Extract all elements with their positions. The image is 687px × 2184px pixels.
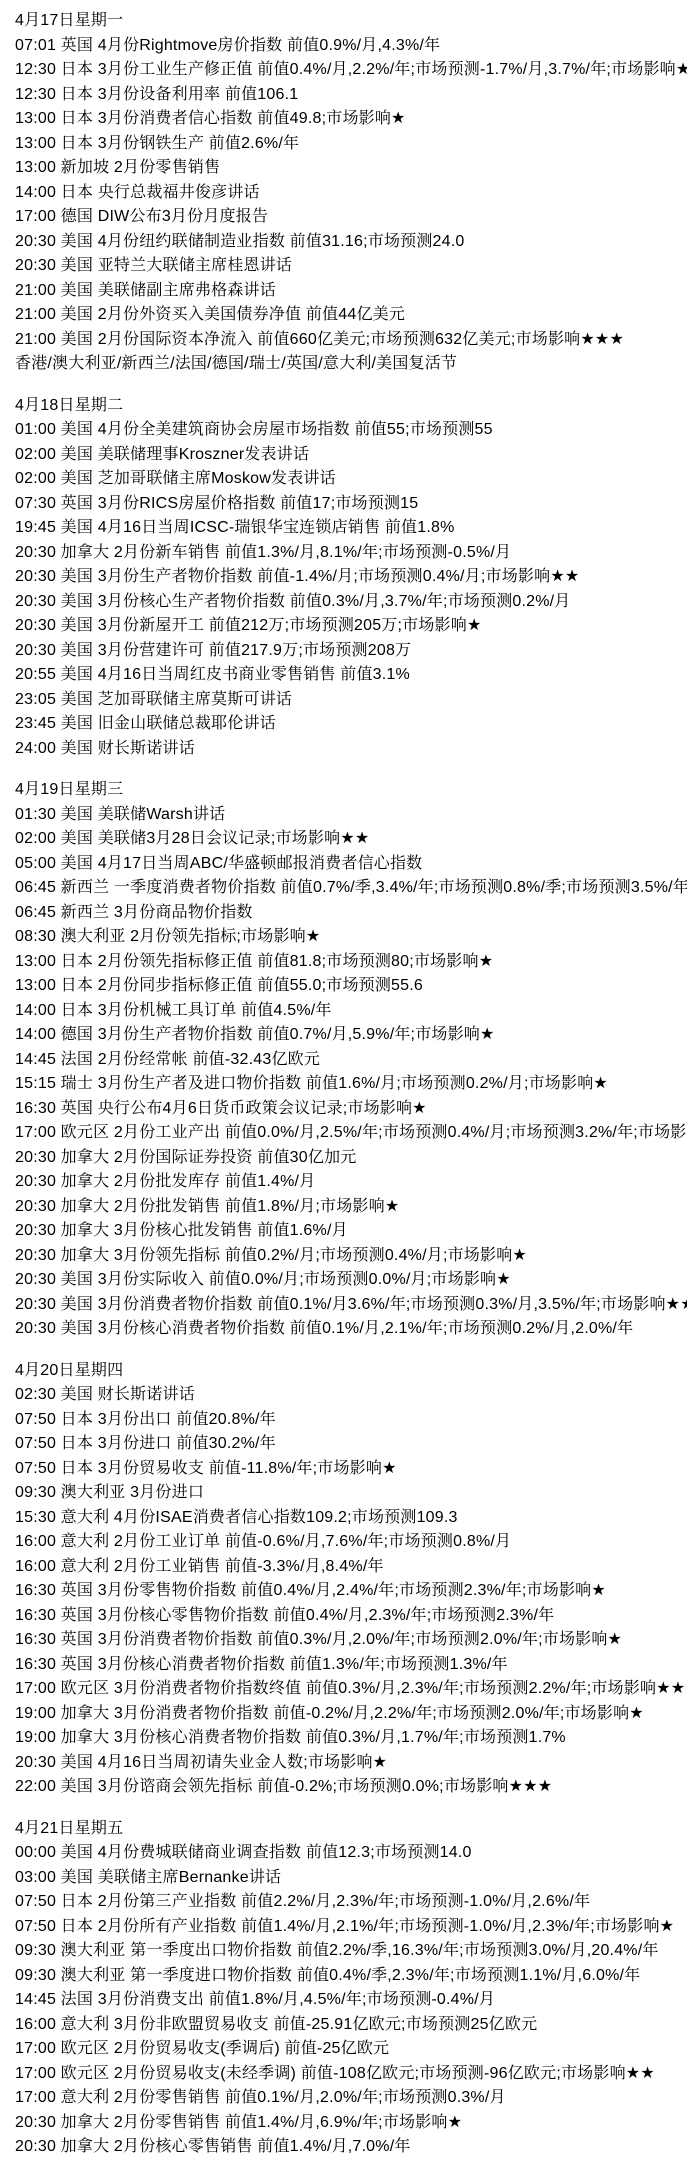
event-row: 20:30 加拿大 2月份国际证券投资 前值30亿加元: [15, 1146, 687, 1171]
event-row: 07:50 日本 2月份第三产业指数 前值2.2%/月,2.3%/年;市场预测-…: [15, 1890, 687, 1915]
event-row: 20:30 美国 4月16日当周初请失业金人数;市场影响★: [15, 1751, 687, 1776]
event-row: 20:30 美国 3月份核心消费者物价指数 前值0.1%/月,2.1%/年;市场…: [15, 1317, 687, 1342]
event-row: 07:50 日本 3月份出口 前值20.8%/年: [15, 1408, 687, 1433]
event-row: 07:30 英国 3月份RICS房屋价格指数 前值17;市场预测15: [15, 492, 687, 517]
event-row: 20:30 美国 亚特兰大联储主席桂恩讲话: [15, 254, 687, 279]
event-row: 19:00 加拿大 3月份消费者物价指数 前值-0.2%/月,2.2%/年;市场…: [15, 1702, 687, 1727]
event-row: 13:00 日本 3月份钢铁生产 前值2.6%/年: [15, 132, 687, 157]
event-row: 09:30 澳大利亚 第一季度出口物价指数 前值2.2%/季,16.3%/年;市…: [15, 1939, 687, 1964]
event-row: 12:30 日本 3月份设备利用率 前值106.1: [15, 83, 687, 108]
event-row: 20:30 加拿大 2月份零售销售 前值1.4%/月,6.9%/年;市场影响★: [15, 2111, 687, 2136]
calendar-day-section: 4月19日星期三01:30 美国 美联储Warsh讲话02:00 美国 美联储3…: [15, 778, 687, 1342]
event-row: 16:30 英国 3月份核心消费者物价指数 前值1.3%/年;市场预测1.3%/…: [15, 1653, 687, 1678]
date-header: 4月19日星期三: [15, 778, 687, 803]
event-row: 06:45 新西兰 3月份商品物价指数: [15, 901, 687, 926]
event-row: 16:00 意大利 2月份工业订单 前值-0.6%/月,7.6%/年;市场预测0…: [15, 1530, 687, 1555]
event-row: 21:00 美国 2月份外资买入美国债券净值 前值44亿美元: [15, 303, 687, 328]
event-row: 21:00 美国 美联储副主席弗格森讲话: [15, 279, 687, 304]
date-header: 4月18日星期二: [15, 394, 687, 419]
event-row: 00:00 美国 4月份费城联储商业调查指数 前值12.3;市场预测14.0: [15, 1841, 687, 1866]
event-row: 16:30 英国 3月份核心零售物价指数 前值0.4%/月,2.3%/年;市场预…: [15, 1604, 687, 1629]
economic-calendar: 4月17日星期一07:01 英国 4月份Rightmove房价指数 前值0.9%…: [0, 0, 687, 2160]
event-row: 14:00 德国 3月份生产者物价指数 前值0.7%/月,5.9%/年;市场影响…: [15, 1023, 687, 1048]
calendar-day-section: 4月18日星期二01:00 美国 4月份全美建筑商协会房屋市场指数 前值55;市…: [15, 394, 687, 762]
event-row: 16:00 意大利 2月份工业销售 前值-3.3%/月,8.4%/年: [15, 1555, 687, 1580]
event-row: 01:30 美国 美联储Warsh讲话: [15, 803, 687, 828]
event-row: 02:30 美国 财长斯诺讲话: [15, 1383, 687, 1408]
event-row: 02:00 美国 芝加哥联储主席Moskow发表讲话: [15, 467, 687, 492]
event-row: 07:01 英国 4月份Rightmove房价指数 前值0.9%/月,4.3%/…: [15, 34, 687, 59]
event-row: 13:00 日本 3月份消费者信心指数 前值49.8;市场影响★: [15, 107, 687, 132]
event-row: 13:00 日本 2月份同步指标修正值 前值55.0;市场预测55.6: [15, 974, 687, 999]
event-row: 24:00 美国 财长斯诺讲话: [15, 737, 687, 762]
event-row: 20:30 加拿大 2月份新车销售 前值1.3%/月,8.1%/年;市场预测-0…: [15, 541, 687, 566]
event-row: 02:00 美国 美联储3月28日会议记录;市场影响★★: [15, 827, 687, 852]
event-row: 16:30 英国 3月份零售物价指数 前值0.4%/月,2.4%/年;市场预测2…: [15, 1579, 687, 1604]
event-row: 09:30 澳大利亚 3月份进口: [15, 1481, 687, 1506]
event-row: 13:00 新加坡 2月份零售销售: [15, 156, 687, 181]
date-header: 4月20日星期四: [15, 1359, 687, 1384]
date-header: 4月21日星期五: [15, 1817, 687, 1842]
event-row: 20:30 加拿大 2月份批发库存 前值1.4%/月: [15, 1170, 687, 1195]
event-row: 13:00 日本 2月份领先指标修正值 前值81.8;市场预测80;市场影响★: [15, 950, 687, 975]
event-row: 香港/澳大利亚/新西兰/法国/德国/瑞士/英国/意大利/美国复活节: [15, 352, 687, 377]
event-row: 23:45 美国 旧金山联储总裁耶伦讲话: [15, 712, 687, 737]
event-row: 14:00 日本 央行总裁福井俊彦讲话: [15, 181, 687, 206]
event-row: 20:30 美国 3月份新屋开工 前值212万;市场预测205万;市场影响★: [15, 614, 687, 639]
calendar-day-section: 4月20日星期四02:30 美国 财长斯诺讲话07:50 日本 3月份出口 前值…: [15, 1359, 687, 1800]
event-row: 16:30 英国 3月份消费者物价指数 前值0.3%/月,2.0%/年;市场预测…: [15, 1628, 687, 1653]
event-row: 15:30 意大利 4月份ISAE消费者信心指数109.2;市场预测109.3: [15, 1506, 687, 1531]
event-row: 15:15 瑞士 3月份生产者及进口物价指数 前值1.6%/月;市场预测0.2%…: [15, 1072, 687, 1097]
event-row: 08:30 澳大利亚 2月份领先指标;市场影响★: [15, 925, 687, 950]
event-row: 16:00 意大利 3月份非欧盟贸易收支 前值-25.91亿欧元;市场预测25亿…: [15, 2013, 687, 2038]
event-row: 14:45 法国 2月份经常帐 前值-32.43亿欧元: [15, 1048, 687, 1073]
event-row: 07:50 日本 3月份进口 前值30.2%/年: [15, 1432, 687, 1457]
event-row: 20:30 加拿大 2月份批发销售 前值1.8%/月;市场影响★: [15, 1195, 687, 1220]
event-row: 20:30 美国 3月份消费者物价指数 前值0.1%/月3.6%/年;市场预测0…: [15, 1293, 687, 1318]
event-row: 07:50 日本 3月份贸易收支 前值-11.8%/年;市场影响★: [15, 1457, 687, 1482]
event-row: 02:00 美国 美联储理事Kroszner发表讲话: [15, 443, 687, 468]
event-row: 19:45 美国 4月16日当周ICSC-瑞银华宝连锁店销售 前值1.8%: [15, 516, 687, 541]
event-row: 09:30 澳大利亚 第一季度进口物价指数 前值0.4%/季,2.3%/年;市场…: [15, 1964, 687, 1989]
event-row: 20:30 加拿大 3月份领先指标 前值0.2%/月;市场预测0.4%/月;市场…: [15, 1244, 687, 1269]
event-row: 17:00 欧元区 3月份消费者物价指数终值 前值0.3%/月,2.3%/年;市…: [15, 1677, 687, 1702]
event-row: 17:00 欧元区 2月份工业产出 前值0.0%/月,2.5%/年;市场预测0.…: [15, 1121, 687, 1146]
event-row: 03:00 美国 美联储主席Bernanke讲话: [15, 1866, 687, 1891]
event-row: 21:00 美国 2月份国际资本净流入 前值660亿美元;市场预测632亿美元;…: [15, 328, 687, 353]
event-row: 20:30 加拿大 3月份核心批发销售 前值1.6%/月: [15, 1219, 687, 1244]
event-row: 17:00 欧元区 2月份贸易收支(未经季调) 前值-108亿欧元;市场预测-9…: [15, 2062, 687, 2087]
calendar-day-section: 4月21日星期五00:00 美国 4月份费城联储商业调查指数 前值12.3;市场…: [15, 1817, 687, 2160]
event-row: 07:50 日本 2月份所有产业指数 前值1.4%/月,2.1%/年;市场预测-…: [15, 1915, 687, 1940]
event-row: 17:00 意大利 2月份零售销售 前值0.1%/月,2.0%/年;市场预测0.…: [15, 2086, 687, 2111]
event-row: 12:30 日本 3月份工业生产修正值 前值0.4%/月,2.2%/年;市场预测…: [15, 58, 687, 83]
event-row: 05:00 美国 4月17日当周ABC/华盛顿邮报消费者信心指数: [15, 852, 687, 877]
event-row: 20:30 美国 3月份营建许可 前值217.9万;市场预测208万: [15, 639, 687, 664]
event-row: 14:00 日本 3月份机械工具订单 前值4.5%/年: [15, 999, 687, 1024]
event-row: 20:30 美国 3月份实际收入 前值0.0%/月;市场预测0.0%/月;市场影…: [15, 1268, 687, 1293]
event-row: 06:45 新西兰 一季度消费者物价指数 前值0.7%/季,3.4%/年;市场预…: [15, 876, 687, 901]
event-row: 01:00 美国 4月份全美建筑商协会房屋市场指数 前值55;市场预测55: [15, 418, 687, 443]
event-row: 20:30 美国 4月份纽约联储制造业指数 前值31.16;市场预测24.0: [15, 230, 687, 255]
event-row: 17:00 德国 DIW公布3月份月度报告: [15, 205, 687, 230]
event-row: 23:05 美国 芝加哥联储主席莫斯可讲话: [15, 688, 687, 713]
event-row: 19:00 加拿大 3月份核心消费者物价指数 前值0.3%/月,1.7%/年;市…: [15, 1726, 687, 1751]
event-row: 22:00 美国 3月份谘商会领先指标 前值-0.2%;市场预测0.0%;市场影…: [15, 1775, 687, 1800]
event-row: 17:00 欧元区 2月份贸易收支(季调后) 前值-25亿欧元: [15, 2037, 687, 2062]
event-row: 20:55 美国 4月16日当周红皮书商业零售销售 前值3.1%: [15, 663, 687, 688]
event-row: 16:30 英国 央行公布4月6日货币政策会议记录;市场影响★: [15, 1097, 687, 1122]
date-header: 4月17日星期一: [15, 9, 687, 34]
event-row: 20:30 美国 3月份核心生产者物价指数 前值0.3%/月,3.7%/年;市场…: [15, 590, 687, 615]
event-row: 20:30 加拿大 2月份核心零售销售 前值1.4%/月,7.0%/年: [15, 2135, 687, 2160]
event-row: 20:30 美国 3月份生产者物价指数 前值-1.4%/月;市场预测0.4%/月…: [15, 565, 687, 590]
event-row: 14:45 法国 3月份消费支出 前值1.8%/月,4.5%/年;市场预测-0.…: [15, 1988, 687, 2013]
calendar-day-section: 4月17日星期一07:01 英国 4月份Rightmove房价指数 前值0.9%…: [15, 9, 687, 377]
